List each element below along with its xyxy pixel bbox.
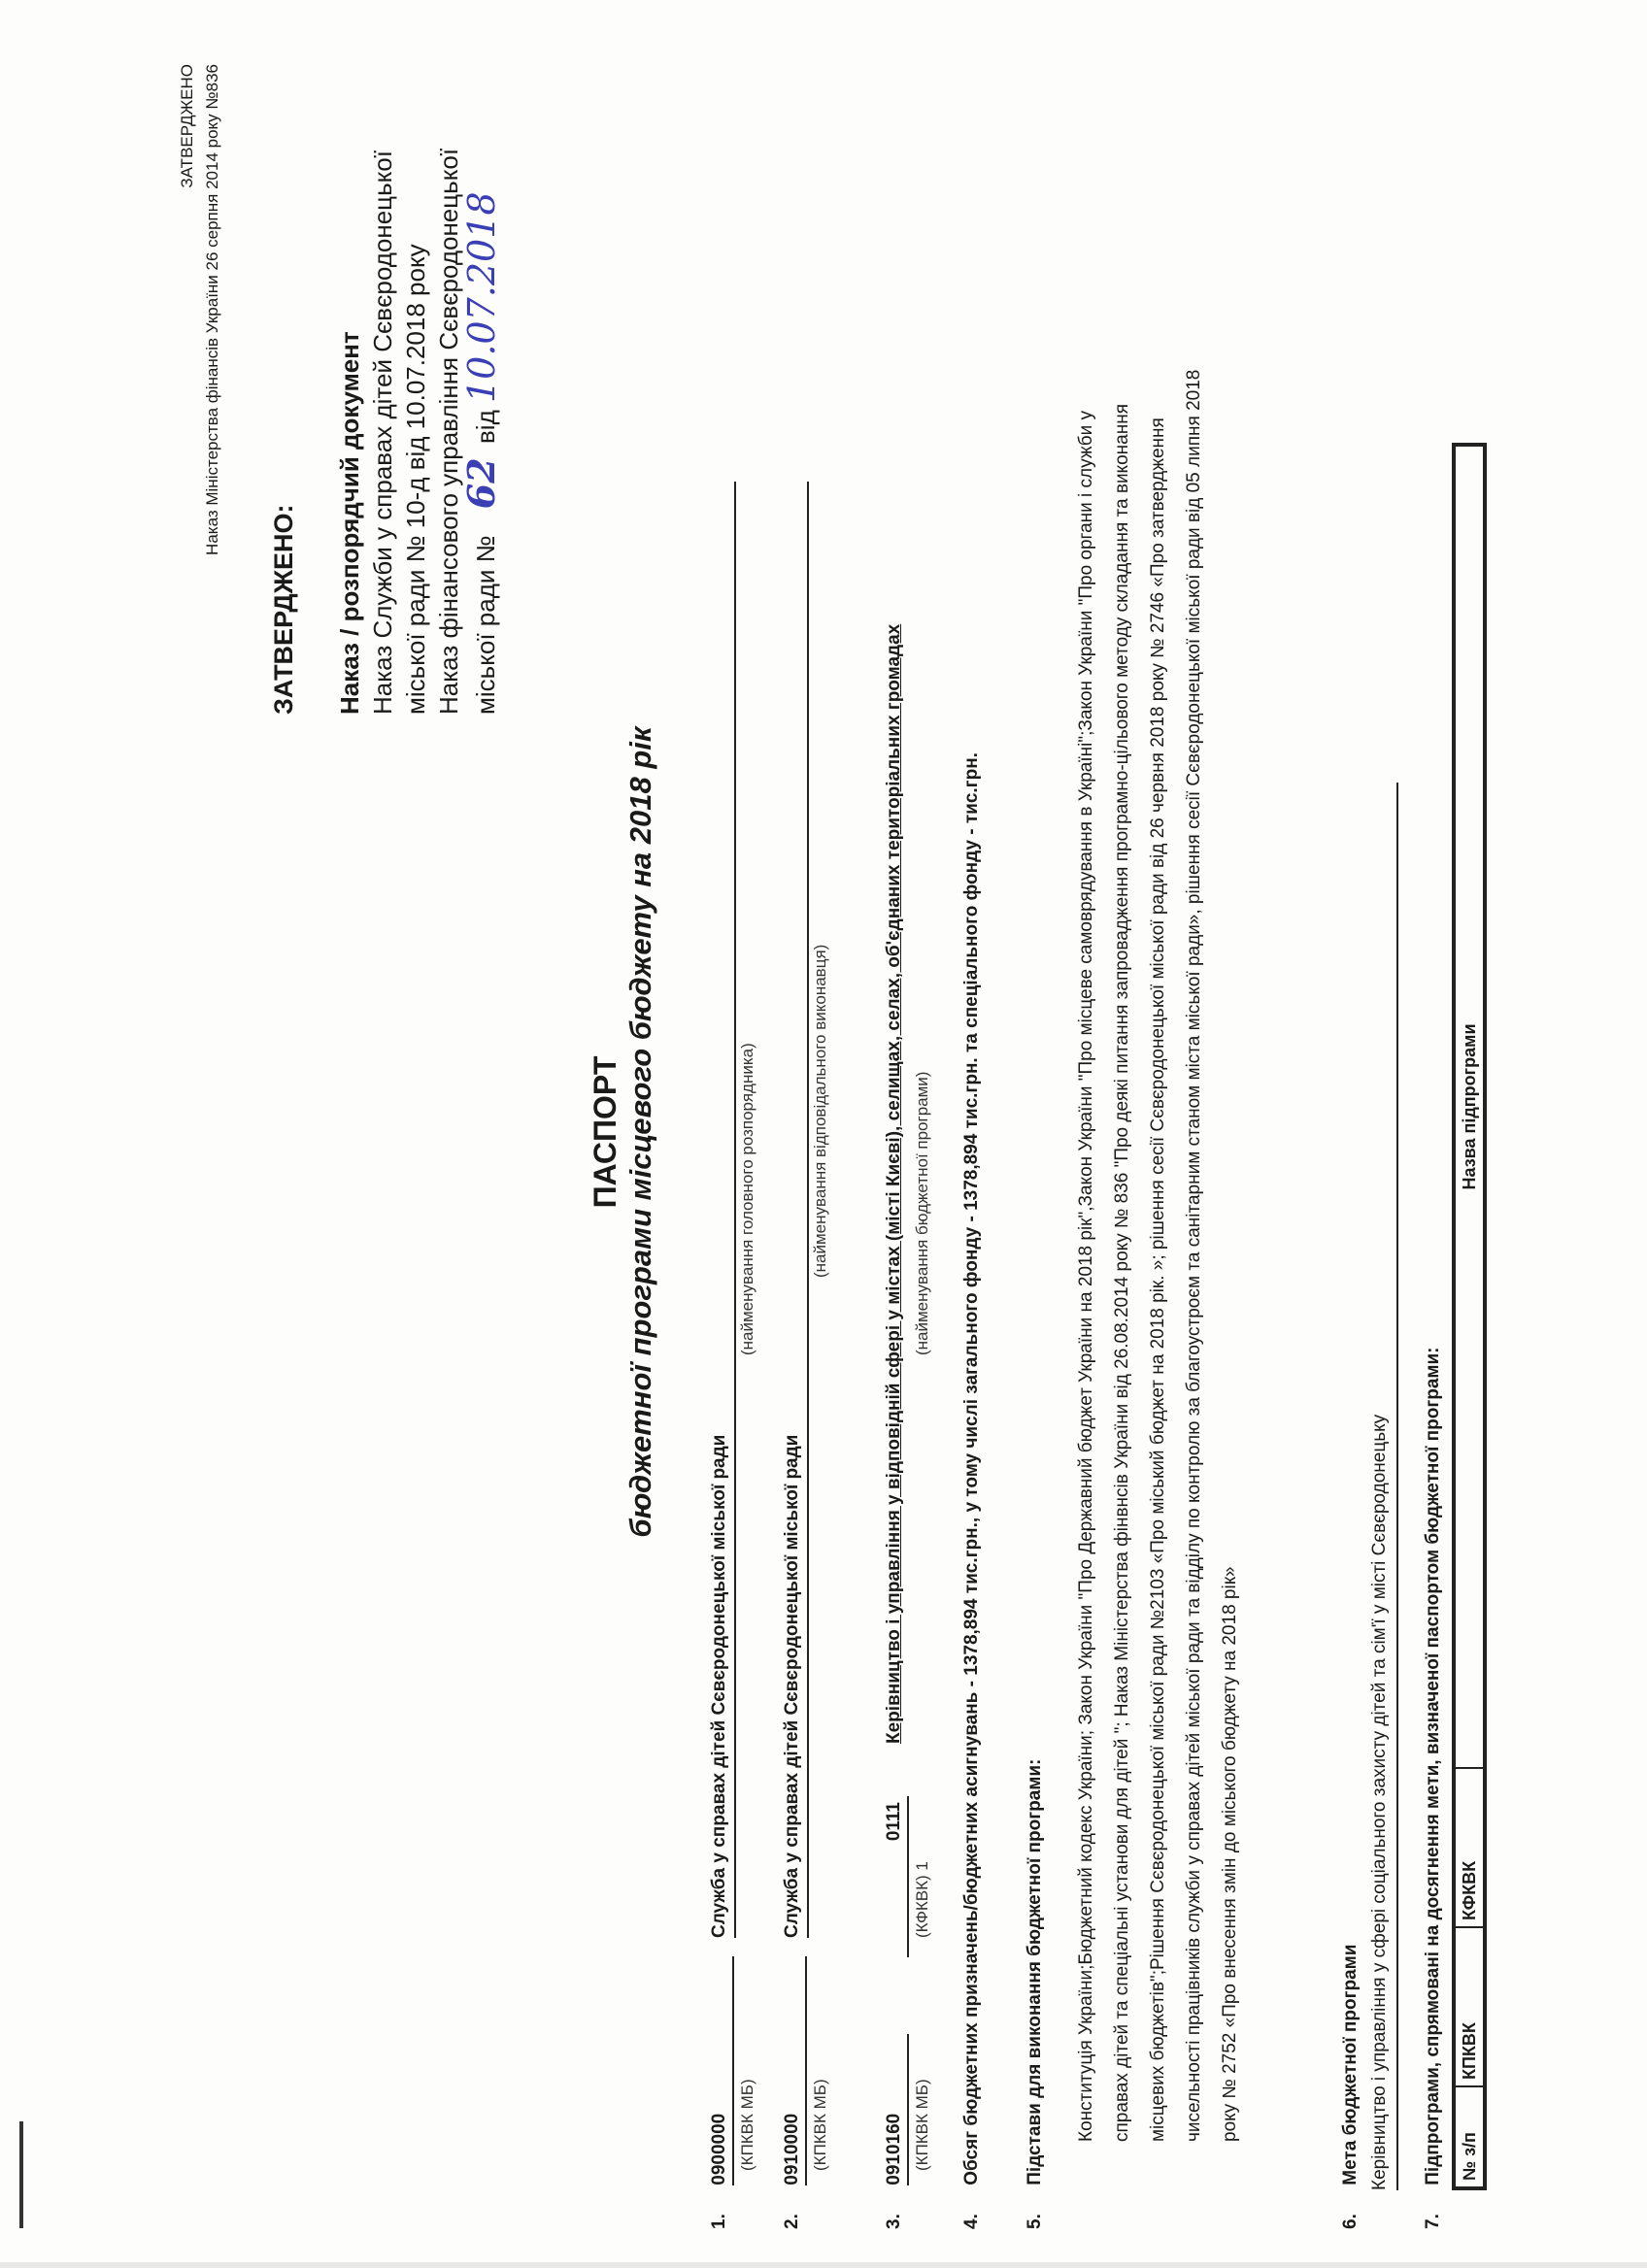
document-title: ПАСПОРТ бюджетної програми місцевого бюд… bbox=[588, 35, 658, 2229]
s3-code: 0910160 bbox=[884, 2034, 909, 2185]
approval-line-2: міської ради № 10-д від 10.07.2018 року bbox=[399, 74, 432, 715]
s3-name: Керівництво і управління у відповідній с… bbox=[884, 624, 905, 1744]
rotated-document-page: ЗАТВЕРДЖЕНО Наказ Міністерства фінансів … bbox=[0, 0, 1647, 2268]
section-5: 5. Підстави для виконання бюджетної прог… bbox=[1025, 1759, 1046, 2229]
s3-code-label: (КПКВК МБ) bbox=[913, 2079, 932, 2171]
section-2: 2. 0910000 bbox=[782, 1956, 807, 2229]
s3-kfkvk-label: (КФКВК) 1 bbox=[913, 1861, 932, 1938]
section-3: 3. 0910160 bbox=[884, 2034, 909, 2229]
s2-name-label: (найменування відповідального виконавця) bbox=[811, 945, 830, 1278]
s3-name-label: (найменування бюджетної програми) bbox=[913, 1072, 932, 1355]
section-1: 1. 0900000 bbox=[709, 1956, 734, 2229]
s2-code-label: (КПКВК МБ) bbox=[811, 2079, 830, 2171]
approval-line-4: міської ради № 62 від 10.07.2018 bbox=[465, 74, 502, 715]
approval-doc-label: Наказ / розпорядчий документ bbox=[333, 74, 366, 715]
approval-header: ЗАТВЕРДЖЕНО Наказ Міністерства фінансів … bbox=[175, 64, 225, 744]
s3-kfkvk: 0111 bbox=[884, 1796, 909, 1957]
s1-name: Служба у справах дітей Сєвєродонецької м… bbox=[709, 1435, 730, 1938]
handwritten-number: 62 bbox=[465, 470, 498, 509]
s5-legal-basis-text: Конституція України;Бюджетний кодекс Укр… bbox=[1068, 346, 1248, 2142]
s1-code-label: (КПКВК МБ) bbox=[738, 2079, 757, 2171]
title-main: ПАСПОРТ bbox=[588, 35, 623, 2229]
section-4: 4. Обсяг бюджетних призначень/бюджетних … bbox=[961, 752, 983, 2229]
s2-code: 0910000 bbox=[782, 1956, 807, 2185]
section-6: 6. Мета бюджетної програми bbox=[1340, 1945, 1361, 2229]
approval-block: ЗАТВЕРДЖЕНО: Наказ / розпорядчий докумен… bbox=[267, 74, 502, 715]
handwritten-date: 10.07.2018 bbox=[465, 191, 498, 403]
s4-value: 1378,894 тис.грн., у тому числі загально… bbox=[961, 752, 982, 1676]
ministry-order-ref: Наказ Міністерства фінансів України 26 с… bbox=[200, 64, 225, 744]
approval-line-1: Наказ Служби у справах дітей Сєвєродонец… bbox=[366, 74, 399, 715]
s1-code: 0900000 bbox=[709, 1956, 734, 2185]
s6-goal-text: Керівництво і управління у сфері соціаль… bbox=[1369, 1415, 1391, 2190]
s1-name-label: (найменування головного розпорядника) bbox=[738, 1043, 757, 1355]
title-subtitle: бюджетної програми місцевого бюджету на … bbox=[623, 35, 658, 2229]
s2-name: Служба у справах дітей Сєвєродонецької м… bbox=[782, 1435, 803, 1938]
section-7: 7. Підпрограми, спрямовані на досягнення… bbox=[1423, 1348, 1444, 2229]
table-header-row: № з/п КПКВК КФКВК Назва підпрограми bbox=[1454, 445, 1485, 2188]
approved-small-label: ЗАТВЕРДЖЕНО bbox=[175, 64, 200, 744]
subprograms-table: № з/п КПКВК КФКВК Назва підпрограми bbox=[1452, 443, 1487, 2190]
approval-title: ЗАТВЕРДЖЕНО: bbox=[267, 74, 300, 715]
